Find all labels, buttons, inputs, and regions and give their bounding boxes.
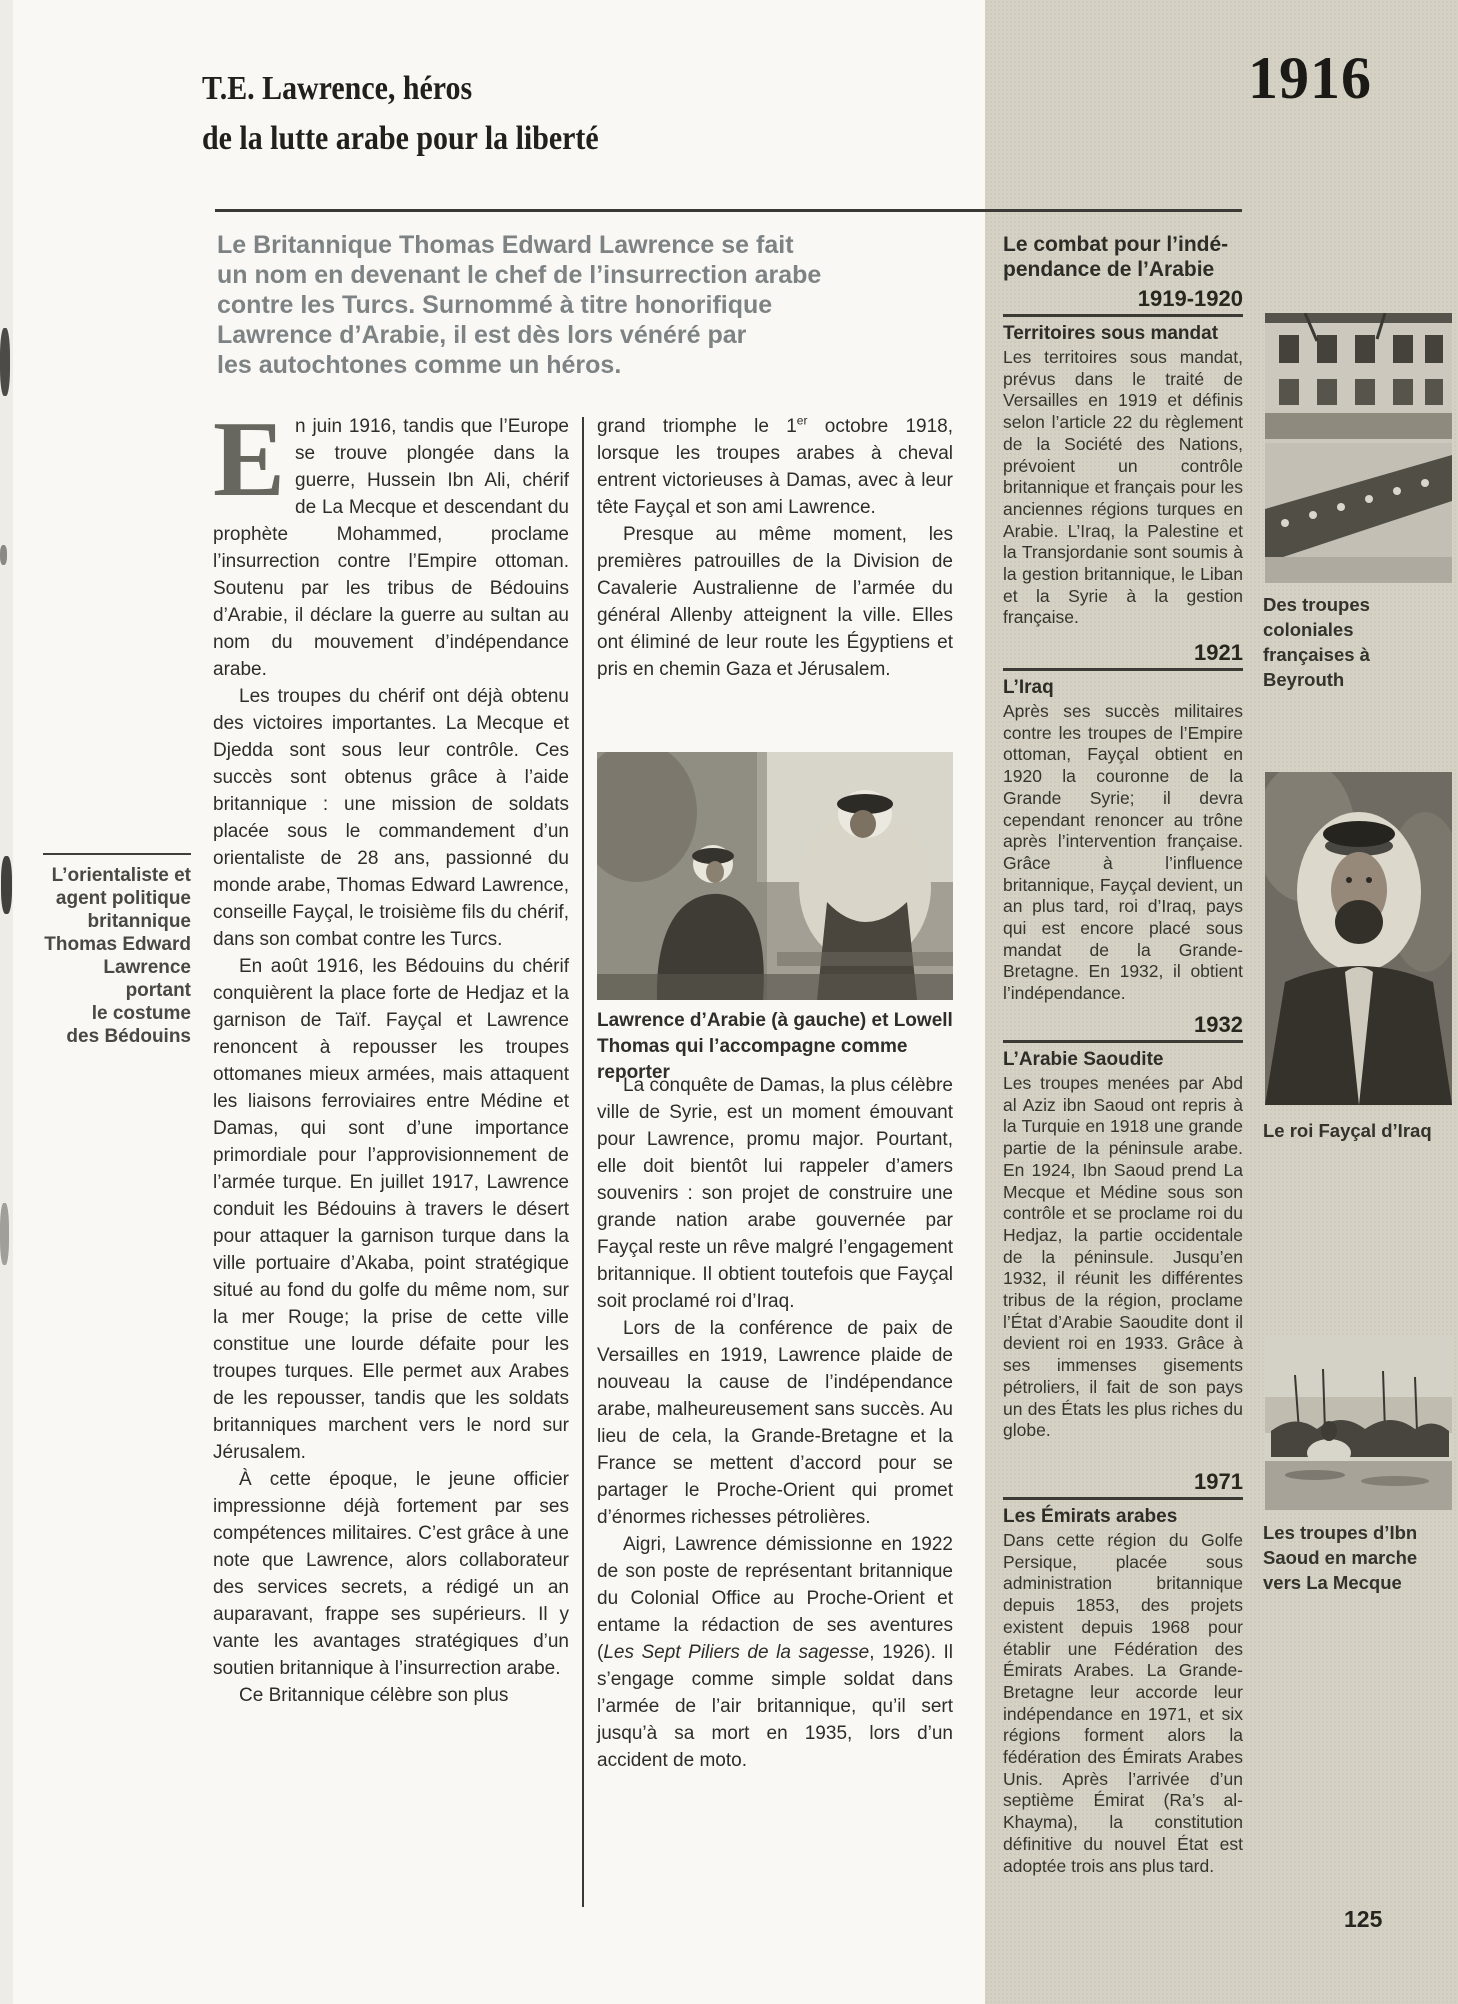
- photo-lawrence-and-lowell-thomas-image: [597, 752, 953, 1000]
- paragraph: En juin 1916, tandis que l’Europe se tro…: [213, 413, 569, 683]
- paragraph: Aigri, Lawrence démissionne en 1922 de s…: [597, 1531, 953, 1774]
- scan-artifact: [1, 856, 12, 914]
- paragraph: Lors de la conférence de paix de Versail…: [597, 1315, 953, 1531]
- caption-line: Des troupes coloniales: [1263, 592, 1443, 642]
- sidebar-heading: Le combat pour l’indé- pendance de l’Ara…: [1003, 232, 1243, 282]
- section-title: Territoires sous mandat: [1003, 323, 1243, 344]
- paragraph: Les troupes du chérif ont déjà obtenu de…: [213, 683, 569, 953]
- section-body: Après ses succès militaires contre les t…: [1003, 701, 1243, 1005]
- section-year: 1921: [1003, 642, 1243, 671]
- section-body: Les territoires sous mandat, prévus dans…: [1003, 347, 1243, 629]
- caption-line: françaises à Beyrouth: [1263, 642, 1443, 692]
- sidebar-heading-line: Le combat pour l’indé-: [1003, 232, 1243, 257]
- photo-ibn-saud-troops-to-mecca: [1265, 1335, 1452, 1510]
- photo-french-colonial-troops-beirut-image: [1265, 313, 1452, 583]
- section-title: L’Arabie Saoudite: [1003, 1049, 1243, 1070]
- section-title: L’Iraq: [1003, 677, 1243, 698]
- caption-line: agent politique: [43, 887, 191, 910]
- caption-line: Lawrence: [43, 956, 191, 979]
- article-title: T.E. Lawrence, héros de la lutte arabe p…: [202, 64, 842, 164]
- paragraph: grand triomphe le 1er octobre 1918, lors…: [597, 413, 953, 521]
- paragraph: Ce Britannique célèbre son plus: [213, 1682, 569, 1709]
- section-year: 1919-1920: [1003, 288, 1243, 317]
- intro-line: les autochtones comme un héros.: [217, 350, 937, 380]
- caption-line: Lawrence d’Arabie (à gauche) et Lowell: [597, 1008, 953, 1034]
- caption-line: Les troupes d’Ibn: [1263, 1520, 1443, 1545]
- photo-ibn-saud-troops-to-mecca-image: [1265, 1335, 1452, 1510]
- intro-line: Lawrence d’Arabie, il est dès lors vénér…: [217, 320, 937, 350]
- photo-king-faysal-of-iraq-image: [1265, 772, 1452, 1105]
- sidebar-section-1971: 1971 Les Émirats arabes Dans cette régio…: [1003, 1471, 1243, 1877]
- intro-line: contre les Turcs. Surnommé à titre honor…: [217, 290, 937, 320]
- page-number: 125: [1344, 1906, 1382, 1933]
- year-label: 1916: [1248, 48, 1372, 108]
- title-line-2: de la lutte arabe pour la liberté: [202, 114, 765, 164]
- caption-line: britannique: [43, 910, 191, 933]
- photo-king-faysal-of-iraq: [1265, 772, 1452, 1105]
- column-divider-rule: [582, 417, 584, 1907]
- intro-paragraph: Le Britannique Thomas Edward Lawrence se…: [217, 230, 937, 380]
- paragraph: La conquête de Damas, la plus célèbre vi…: [597, 1072, 953, 1315]
- caption-line: le costume: [43, 1002, 191, 1025]
- caption-line: Le roi Fayçal d’Iraq: [1263, 1118, 1443, 1143]
- superscript: er: [797, 414, 808, 428]
- intro-line: un nom en devenant le chef de l’insurrec…: [217, 260, 937, 290]
- caption-line: L’orientaliste et: [43, 864, 191, 887]
- margin-photo-caption: L’orientaliste et agent politique britan…: [43, 853, 191, 1048]
- photo-lawrence-and-lowell-thomas: [597, 752, 953, 1000]
- side-photo-caption: Les troupes d’Ibn Saoud en marche vers L…: [1263, 1520, 1443, 1595]
- section-title: Les Émirats arabes: [1003, 1506, 1243, 1527]
- scan-artifact: [0, 328, 10, 396]
- magazine-page: 1916 T.E. Lawrence, héros de la lutte ar…: [0, 0, 1458, 2004]
- drop-cap: E: [213, 419, 285, 501]
- caption-line: Thomas Edward: [43, 933, 191, 956]
- scan-artifact: [0, 1203, 9, 1265]
- section-year: 1932: [1003, 1014, 1243, 1043]
- sidebar-heading-line: pendance de l’Arabie: [1003, 257, 1243, 282]
- section-year: 1971: [1003, 1471, 1243, 1500]
- scan-artifact: [0, 545, 7, 565]
- caption-line: Saoud en marche: [1263, 1545, 1443, 1570]
- sidebar-section-1919-1920: 1919-1920 Territoires sous mandat Les te…: [1003, 288, 1243, 629]
- photo-french-colonial-troops-beirut: [1265, 313, 1452, 583]
- sidebar-section-1921: 1921 L’Iraq Après ses succès militaires …: [1003, 642, 1243, 1005]
- sidebar-section-1932: 1932 L’Arabie Saoudite Les troupes menée…: [1003, 1014, 1243, 1442]
- caption-line: des Bédouins: [43, 1025, 191, 1048]
- header-rule: [215, 209, 1242, 212]
- paragraph: Presque au même moment, les premières pa…: [597, 521, 953, 683]
- caption-line: vers La Mecque: [1263, 1570, 1443, 1595]
- paragraph: En août 1916, les Bédouins du chérif con…: [213, 953, 569, 1466]
- article-column-2-upper: grand triomphe le 1er octobre 1918, lors…: [597, 413, 953, 683]
- article-column-2-lower: La conquête de Damas, la plus célèbre vi…: [597, 1072, 953, 1774]
- paragraph: À cette époque, le jeune officier impres…: [213, 1466, 569, 1682]
- side-photo-caption: Des troupes coloniales françaises à Beyr…: [1263, 592, 1443, 692]
- intro-line: Le Britannique Thomas Edward Lawrence se…: [217, 230, 937, 260]
- caption-line: portant: [43, 979, 191, 1002]
- title-line-1: T.E. Lawrence, héros: [202, 64, 765, 114]
- side-photo-caption: Le roi Fayçal d’Iraq: [1263, 1118, 1443, 1143]
- page-edge: [0, 0, 13, 2004]
- book-title-italic: Les Sept Piliers de la sagesse: [603, 1642, 869, 1663]
- article-column-1: En juin 1916, tandis que l’Europe se tro…: [213, 413, 569, 1709]
- paragraph-text: grand triomphe le 1: [597, 416, 797, 437]
- section-body: Les troupes menées par Abd al Aziz ibn S…: [1003, 1073, 1243, 1442]
- section-body: Dans cette région du Golfe Persique, pla…: [1003, 1530, 1243, 1877]
